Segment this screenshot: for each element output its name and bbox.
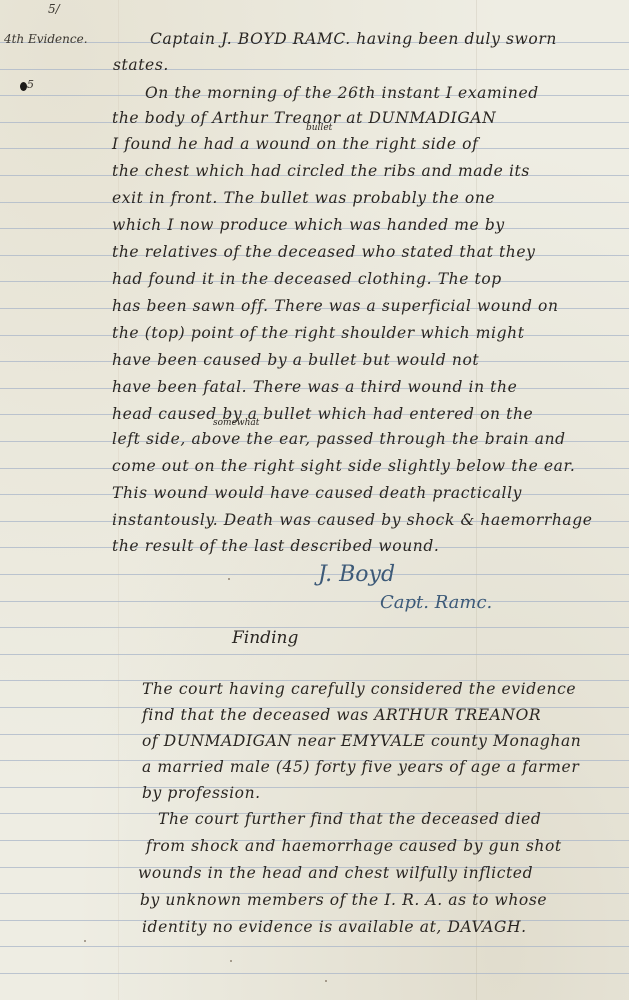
- evidence-line-9: the relatives of the deceased who stated…: [112, 243, 536, 261]
- ruled-line: [0, 973, 629, 974]
- finding-line-9: by unknown members of the I. R. A. as to…: [140, 891, 547, 909]
- finding-line-8: wounds in the head and chest wilfully in…: [138, 864, 533, 882]
- document-page: 5/ 4th Evidence. 5 Captain J. BOYD RAMC.…: [0, 0, 629, 1000]
- evidence-line-6: the chest which had circled the ribs and…: [112, 162, 530, 180]
- evidence-line-7: exit in front. The bullet was probably t…: [112, 189, 495, 207]
- ruled-line: [0, 627, 629, 628]
- evidence-line-1: Captain J. BOYD RAMC. having been duly s…: [150, 30, 557, 48]
- finding-line-1: The court having carefully considered th…: [142, 680, 576, 698]
- finding-line-5: by profession.: [142, 784, 261, 802]
- evidence-line-16: left side, above the ear, passed through…: [112, 430, 566, 448]
- signature-title: Capt. Ramc.: [380, 592, 492, 613]
- evidence-line-5: I found he had a wound on the right side…: [112, 135, 478, 153]
- evidence-line-18: This wound would have caused death pract…: [112, 484, 522, 502]
- evidence-line-11: has been sawn off. There was a superfici…: [112, 297, 559, 315]
- ruled-line: [0, 69, 629, 70]
- paper-speck: [330, 762, 332, 764]
- finding-line-3: of DUNMADIGAN near EMYVALE county Monagh…: [142, 732, 581, 750]
- paper-speck: [230, 960, 232, 962]
- ruled-line: [0, 946, 629, 947]
- page-mark: 5/: [48, 2, 60, 16]
- evidence-line-13: have been caused by a bullet but would n…: [112, 351, 479, 369]
- margin-mark: 5: [27, 78, 34, 91]
- ruled-line: [0, 654, 629, 655]
- finding-heading: Finding: [232, 628, 298, 648]
- evidence-line-10: had found it in the deceased clothing. T…: [112, 270, 502, 288]
- finding-line-2: find that the deceased was ARTHUR TREANO…: [142, 706, 541, 724]
- margin-label: 4th Evidence.: [4, 32, 88, 46]
- paper-speck: [228, 578, 230, 580]
- evidence-line-12: the (top) point of the right shoulder wh…: [112, 324, 525, 342]
- finding-line-7: from shock and haemorrhage caused by gun…: [146, 837, 562, 855]
- paper-speck: [325, 980, 327, 982]
- evidence-line-14: have been fatal. There was a third wound…: [112, 378, 517, 396]
- signature-name: J. Boyd: [318, 562, 395, 587]
- insertion-somewhat: somewhat: [213, 418, 259, 428]
- ink-blot: [20, 82, 27, 91]
- ruled-line: [0, 574, 629, 575]
- evidence-line-4: the body of Arthur Treanor at DUNMADIGAN: [112, 109, 496, 127]
- evidence-line-17: come out on the right sight side slightl…: [112, 457, 575, 475]
- finding-line-4: a married male (45) forty five years of …: [142, 758, 579, 776]
- evidence-line-20: the result of the last described wound.: [112, 537, 439, 555]
- insertion-bullet: bullet: [306, 123, 332, 133]
- evidence-line-19: instantously. Death was caused by shock …: [112, 511, 593, 529]
- ruled-line: [0, 601, 629, 602]
- ruled-line: [0, 787, 629, 788]
- evidence-line-8: which I now produce which was handed me …: [112, 216, 505, 234]
- paper-speck: [84, 940, 86, 942]
- evidence-line-3: On the morning of the 26th instant I exa…: [145, 84, 539, 102]
- evidence-line-15: head caused by a bullet which had entere…: [112, 405, 533, 423]
- finding-line-6: The court further find that the deceased…: [158, 810, 541, 828]
- evidence-line-2: states.: [113, 56, 169, 74]
- finding-line-10: identity no evidence is available at, DA…: [142, 918, 527, 936]
